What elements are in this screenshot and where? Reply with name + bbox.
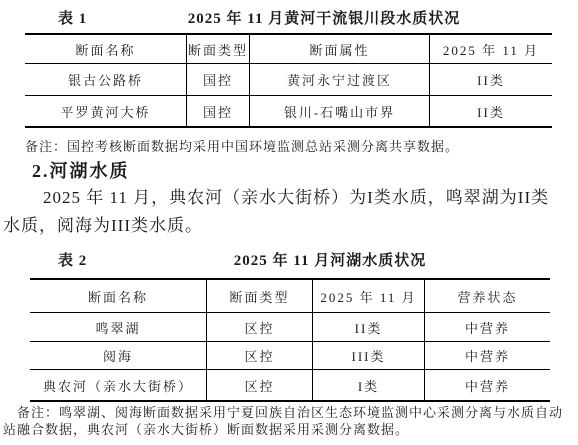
- table2-cell: II类: [313, 313, 425, 341]
- table1: 断面名称 断面类型 断面属性 2025 年 11 月 银古公路桥 国控 黄河永宁…: [25, 33, 552, 128]
- table1-row: 银古公路桥 国控 黄河永宁过渡区 II类: [25, 64, 552, 96]
- note-line: 站融合数据，典农河（亲水大街桥）断面数据采用采测分离数据。: [3, 421, 577, 438]
- section-heading: 2.河湖水质: [32, 157, 130, 183]
- table1-header-cell: 断面类型: [187, 35, 250, 63]
- table1-cell: 黄河永宁过渡区: [250, 64, 430, 95]
- table2-cell: 鸣翠湖: [30, 313, 207, 341]
- table1-cell: 平罗黄河大桥: [25, 96, 187, 126]
- table1-header-row: 断面名称 断面类型 断面属性 2025 年 11 月: [25, 35, 552, 64]
- table2-cell: 阅海: [30, 342, 207, 369]
- table2-note: 备注：鸣翠湖、阅海断面数据采用宁夏回族自治区生态环境监测中心采测分离与水质自动 …: [3, 404, 577, 438]
- table2-cell: 区控: [207, 370, 313, 400]
- table1-cell: 国控: [187, 96, 250, 126]
- table1-cell: 国控: [187, 64, 250, 95]
- table2-cell: 中营养: [425, 370, 550, 400]
- table2-cell: III类: [313, 342, 425, 369]
- table2-caption-label: 表 2: [58, 249, 87, 270]
- table2-row: 鸣翠湖 区控 II类 中营养: [30, 313, 550, 342]
- paragraph-line: 水质，阅海为III类水质。: [3, 212, 576, 240]
- table1-caption-title: 2025 年 11 月黄河干流银川段水质状况: [188, 7, 460, 28]
- table2-header-cell: 断面类型: [207, 280, 313, 312]
- table2-row: 典农河（亲水大街桥） 区控 I类 中营养: [30, 370, 550, 400]
- table2-row: 阅海 区控 III类 中营养: [30, 342, 550, 370]
- table2: 断面名称 断面类型 2025 年 11 月 营养状态 鸣翠湖 区控 II类 中营…: [30, 278, 550, 402]
- note-line: 备注：鸣翠湖、阅海断面数据采用宁夏回族自治区生态环境监测中心采测分离与水质自动: [3, 404, 577, 421]
- table1-header-cell: 2025 年 11 月: [430, 35, 552, 63]
- table1-row: 平罗黄河大桥 国控 银川-石嘴山市界 II类: [25, 96, 552, 126]
- table1-header-cell: 断面属性: [250, 35, 430, 63]
- table2-header-row: 断面名称 断面类型 2025 年 11 月 营养状态: [30, 280, 550, 313]
- table2-cell: 中营养: [425, 313, 550, 341]
- body-paragraph: 2025 年 11 月，典农河（亲水大街桥）为I类水质，鸣翠湖为II类 水质，阅…: [3, 184, 576, 240]
- table2-cell: 区控: [207, 342, 313, 369]
- table2-header-cell: 营养状态: [425, 280, 550, 312]
- table2-cell: 区控: [207, 313, 313, 341]
- table2-cell: I类: [313, 370, 425, 400]
- table2-cell: 典农河（亲水大街桥）: [30, 370, 207, 400]
- table1-cell: II类: [430, 96, 552, 126]
- table1-cell: 银古公路桥: [25, 64, 187, 95]
- table1-cell: 银川-石嘴山市界: [250, 96, 430, 126]
- table1-caption-label: 表 1: [58, 7, 87, 28]
- table2-cell: 中营养: [425, 342, 550, 369]
- paragraph-line: 2025 年 11 月，典农河（亲水大街桥）为I类水质，鸣翠湖为II类: [3, 184, 576, 212]
- document-page: 表 1 2025 年 11 月黄河干流银川段水质状况 断面名称 断面类型 断面属…: [0, 0, 578, 445]
- table2-header-cell: 2025 年 11 月: [313, 280, 425, 312]
- table1-header-cell: 断面名称: [25, 35, 187, 63]
- table1-note: 备注：国控考核断面数据均采用中国环境监测总站采测分离共享数据。: [25, 138, 459, 155]
- table2-caption-title: 2025 年 11 月河湖水质状况: [234, 249, 426, 270]
- table1-cell: II类: [430, 64, 552, 95]
- table2-header-cell: 断面名称: [30, 280, 207, 312]
